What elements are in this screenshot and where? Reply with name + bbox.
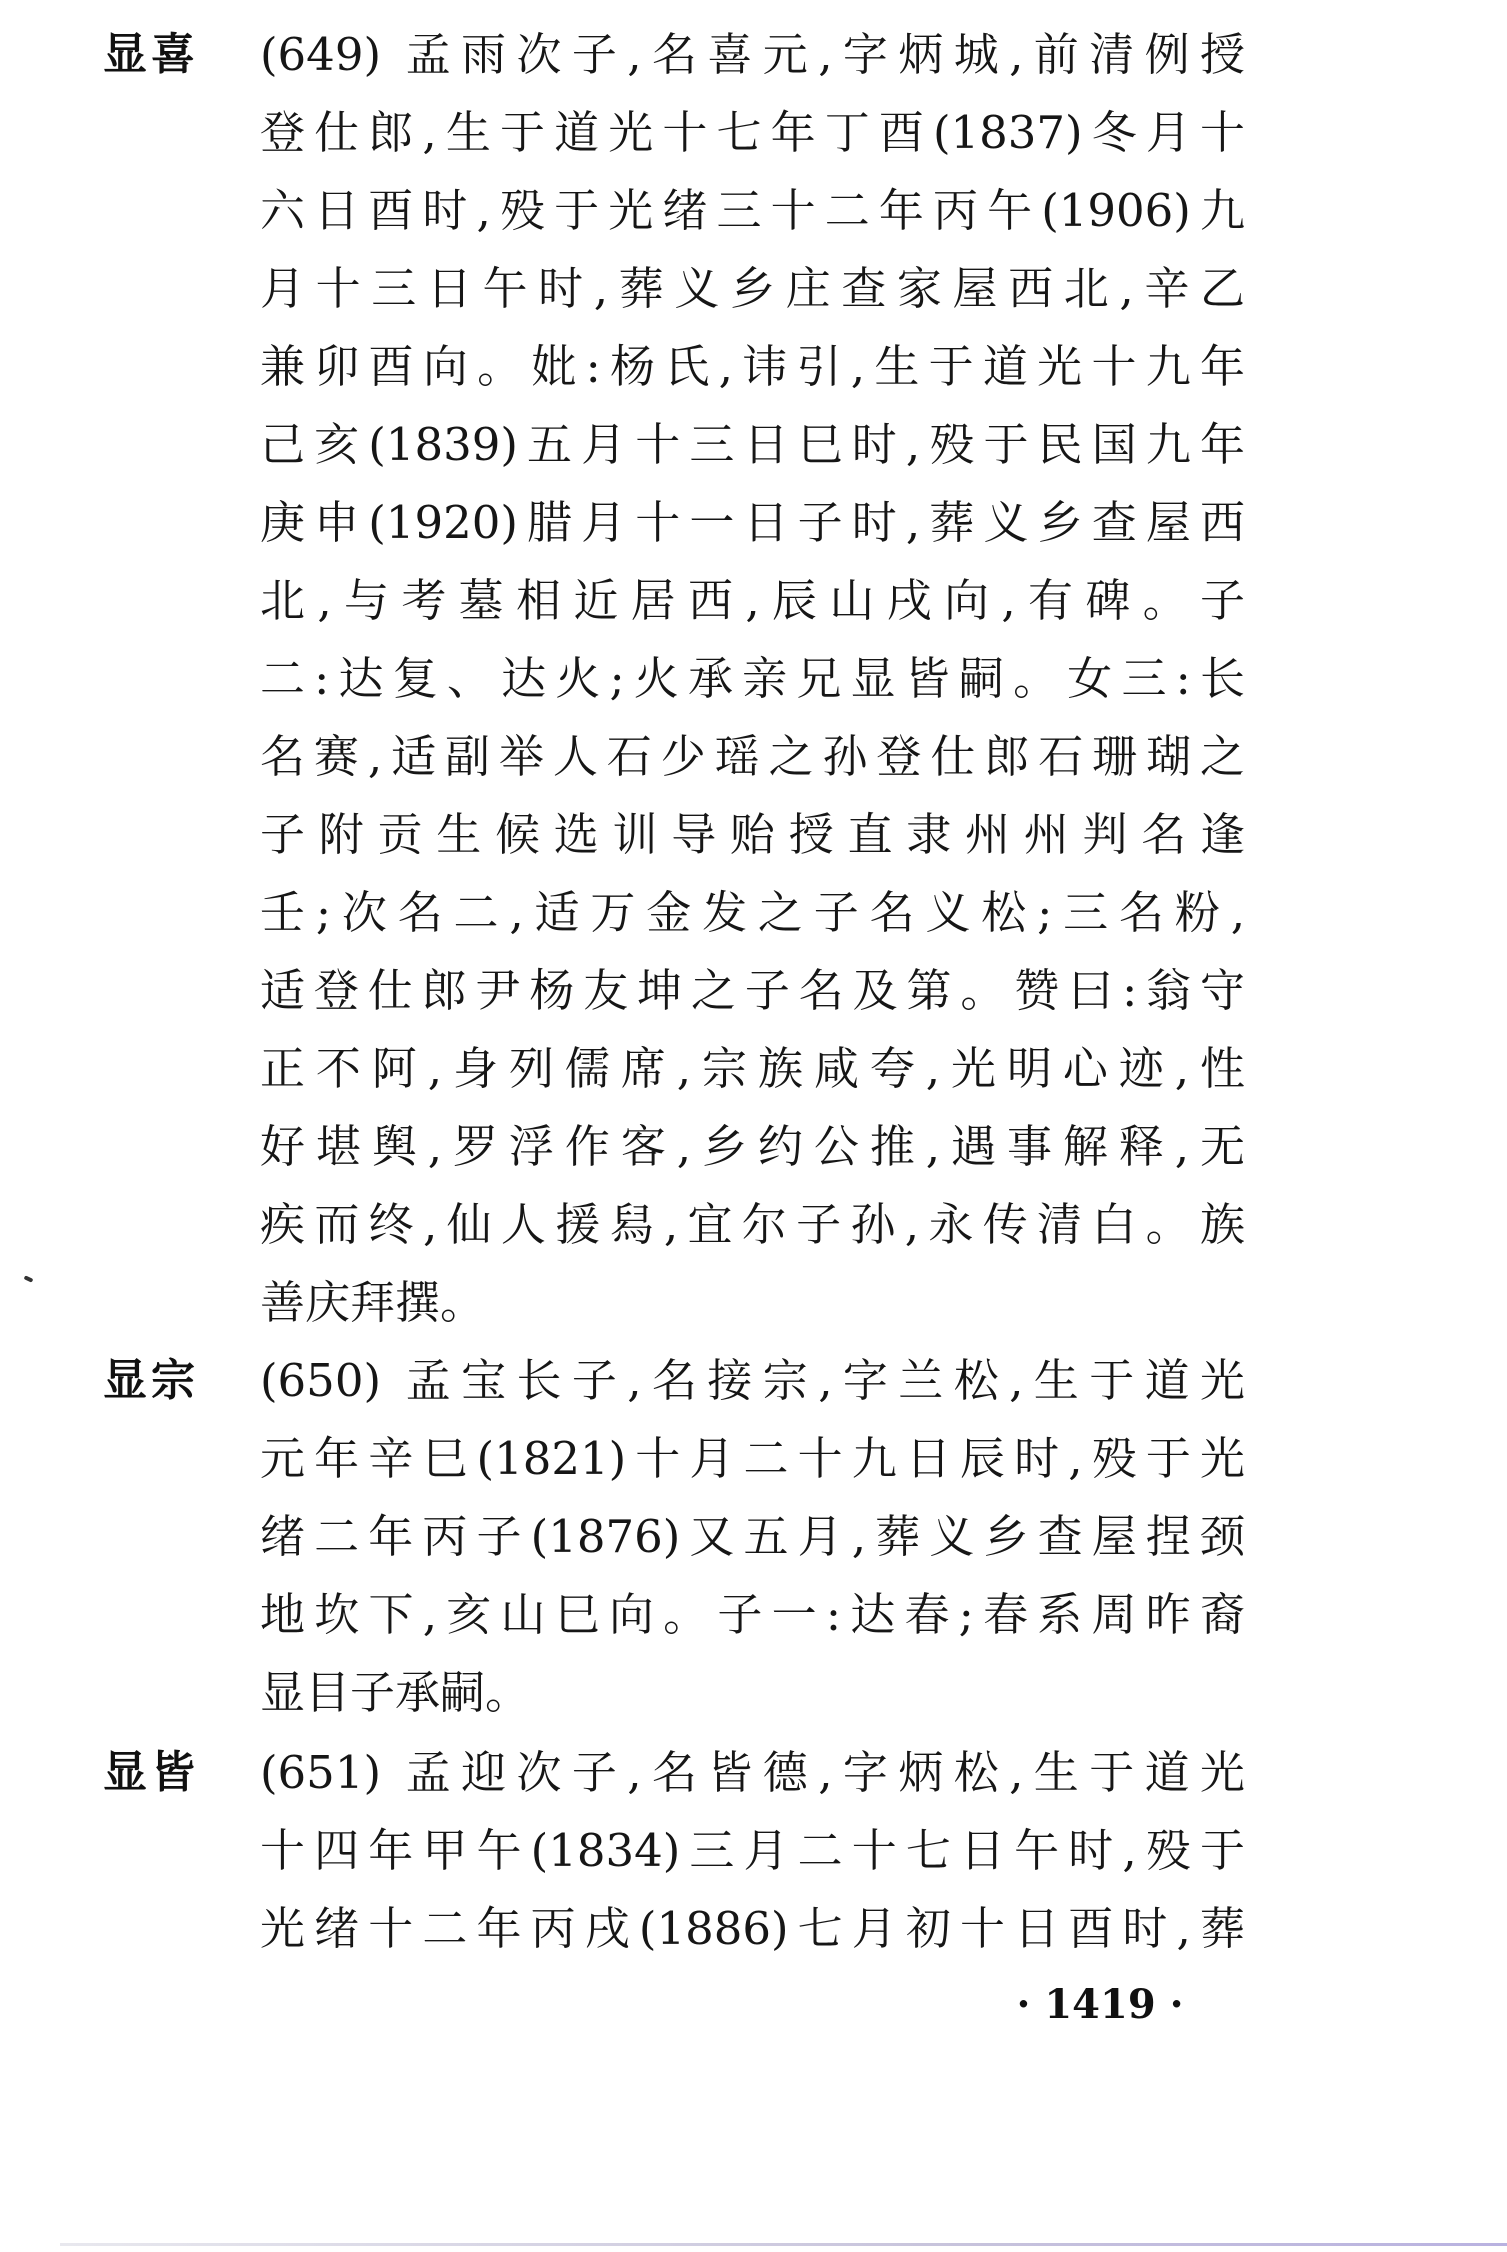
text-line: 庚申(1920)腊月十一日子时,葬义乡查屋西 — [260, 484, 1245, 562]
book-page: 显喜 (649) 孟雨次子,名喜元,字炳城,前清例授 登仕郎,生于道光十七年丁酉… — [0, 0, 1507, 2252]
page-number: · 1419 · — [1000, 1975, 1200, 2035]
stray-ink-mark — [24, 1275, 34, 1282]
text-line: 十四年甲午(1834)三月二十七日午时,殁于 — [260, 1812, 1245, 1890]
entry-body: (651) 孟迎次子,名皆德,字炳松,生于道光 十四年甲午(1834)三月二十七… — [260, 1734, 1260, 1968]
text-line: 正不阿,身列儒席,宗族咸夸,光明心迹,性 — [260, 1030, 1245, 1108]
text-line: 二:达复、达火;火承亲兄显皆嗣。女三:长 — [260, 640, 1245, 718]
text-line: 登仕郎,生于道光十七年丁酉(1837)冬月十 — [260, 94, 1245, 172]
text-line: 六日酉时,殁于光绪三十二年丙午(1906)九 — [260, 172, 1245, 250]
text-line: 己亥(1839)五月十三日巳时,殁于民国九年 — [260, 406, 1245, 484]
text-line: 绪二年丙子(1876)又五月,葬义乡查屋捏颈 — [260, 1498, 1245, 1576]
page-bottom-edge — [60, 2243, 1507, 2246]
entry-body: (649) 孟雨次子,名喜元,字炳城,前清例授 登仕郎,生于道光十七年丁酉(18… — [260, 16, 1260, 1342]
entry-name: 显宗 — [103, 1342, 199, 1420]
text-line: (651) 孟迎次子,名皆德,字炳松,生于道光 — [260, 1734, 1245, 1812]
text-line: 好堪舆,罗浮作客,乡约公推,遇事解释,无 — [260, 1108, 1245, 1186]
text-line: 名赛,适副举人石少瑶之孙登仕郎石珊瑚之 — [260, 718, 1245, 796]
text-line: 子附贡生候选训导贻授直隶州州判名逢 — [260, 796, 1245, 874]
text-line: 月十三日午时,葬义乡庄查家屋西北,辛乙 — [260, 250, 1245, 328]
text-line: 善庆拜撰。 — [260, 1264, 1245, 1342]
text-line: (650) 孟宝长子,名接宗,字兰松,生于道光 — [260, 1342, 1245, 1420]
text-line: 疾而终,仙人援舄,宜尔子孙,永传清白。族 — [260, 1186, 1245, 1264]
text-line: (649) 孟雨次子,名喜元,字炳城,前清例授 — [260, 16, 1245, 94]
text-line: 地坎下,亥山巳向。子一:达春;春系周昨裔 — [260, 1576, 1245, 1654]
entry-body: (650) 孟宝长子,名接宗,字兰松,生于道光 元年辛巳(1821)十月二十九日… — [260, 1342, 1260, 1732]
text-line: 光绪十二年丙戌(1886)七月初十日酉时,葬 — [260, 1890, 1245, 1968]
entry-name: 显喜 — [103, 16, 199, 94]
entry-name: 显皆 — [103, 1734, 199, 1812]
text-line: 适登仕郎尹杨友坤之子名及第。赞曰:翁守 — [260, 952, 1245, 1030]
text-line: 元年辛巳(1821)十月二十九日辰时,殁于光 — [260, 1420, 1245, 1498]
text-line: 北,与考墓相近居西,辰山戌向,有碑。子 — [260, 562, 1245, 640]
text-line: 兼卯酉向。妣:杨氏,讳引,生于道光十九年 — [260, 328, 1245, 406]
text-line: 壬;次名二,适万金发之子名义松;三名粉, — [260, 874, 1245, 952]
text-line: 显目子承嗣。 — [260, 1654, 1245, 1732]
